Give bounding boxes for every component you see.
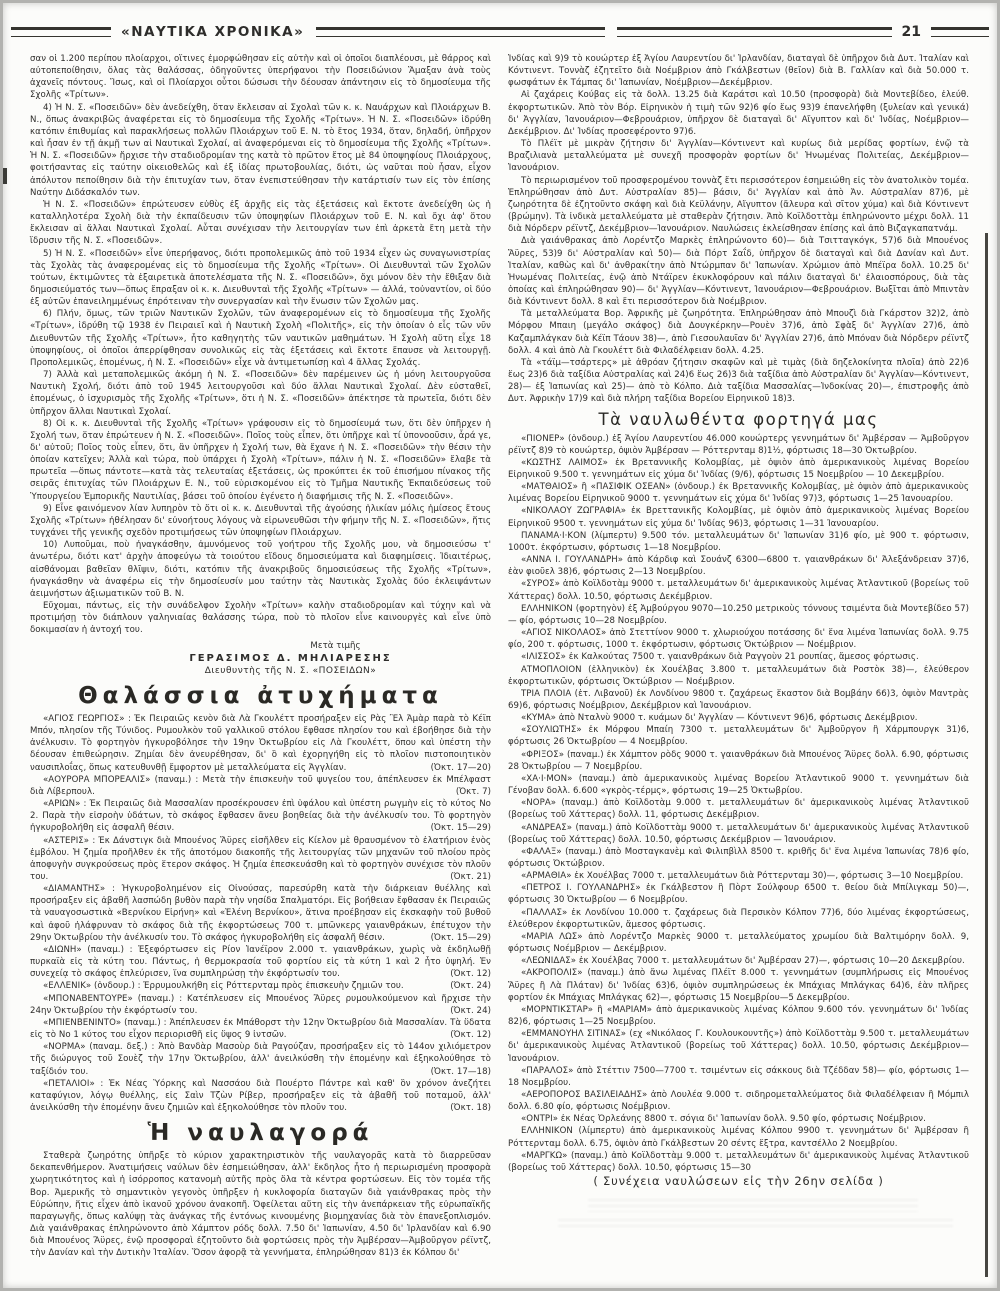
masthead: «ΝΑΥΤΙΚΑ ΧΡΟΝΙΚΑ» 21 [11,21,989,43]
freight-paragraph: Ἰνδίας καὶ 9)9 τὸ κουώρτερ ἐξ Ἁγίου Λαυρ… [508,53,969,89]
article-paragraph: Ἡ Ν. Σ. «Ποσειδῶν» ἐπρώτευσεν εὐθὺς ἐξ ἀ… [30,199,491,248]
bleedthrough-smudge [588,1199,918,1212]
article-paragraph: 4) Ἡ Ν. Σ. «Ποσειδῶν» δὲν ἀνεδείχθη, ὅτα… [30,102,491,199]
charter-entry-text: ΤΡΙΑ ΠΛΟΙΑ (ἑτ. Λιβανοῦ) ἐκ Λονδίνου 980… [508,689,969,711]
charter-entry: «ΝΙΚΟΛΑΟΥ ΖΩΓΡΑΦΙΑ» ἐκ Βρεττανικῆς Κολομ… [508,505,969,529]
paragraph-text: Σταθερὰ ζωηρότης ὑπῆρξε τὸ κύριον χαρακτ… [30,1151,491,1258]
charter-entry: «ΑΓΙΟΣ ΝΙΚΟΛΑΟΣ» ἀπὸ Στεττίνον 9000 τ. χ… [508,627,969,651]
charter-entry: «ΟΝΤΡΙ» ἐκ Νέας Ὀρλεάνης 8800 τ. σόγια δ… [508,1113,969,1125]
freight-paragraph: Διὰ γαιάνθρακας ἀπὸ Λορέντζο Μαρκὲς ἐπλη… [508,235,969,308]
charter-entry: «ΠΕΤΡΟΣ Ι. ΓΟΥΛΑΝΔΡΗΣ» ἐκ Γκάλβεστον ἢ Π… [508,882,969,906]
accident-entry-date: (Ὀκτ. 15—29) [408,932,491,944]
accident-entry-text: «ΑΟΥΡΟΡΑ ΜΠΟΡΕΑΛΙΣ» (παναμ.) : Μετὰ τὴν … [30,775,491,797]
paragraph-text: 6) Πλήν, ὅμως, τῶν τριῶν Ναυτικῶν Σχολῶν… [30,309,491,368]
charter-entry: «ΜΑΡΓΚΩ» (παναμ.) ἀπὸ Κοϊλδοττὰμ 9.000 τ… [508,1150,969,1174]
freight-paragraph: Τὸ περιωρισμένον τοῦ προσφερομένου τοννὰ… [508,175,969,236]
charter-entry-text: «ΦΑΛΑΞ» (παναμ.) ἀπὸ Μοσταγκανὲμ καὶ Φιλ… [508,847,969,869]
paragraph-text: 5) Ἡ Ν. Σ. «Ποσειδῶν» εἶνε ὑπερήφανος, δ… [30,249,491,308]
accident-entry: «ΔΙΑΜΑΝΤΗΣ» : Ἠγκυροβολημένον εἰς Οἰνούσ… [30,883,491,944]
accidents-list: «ΑΓΙΟΣ ΓΕΩΡΓΙΟΣ» : Ἐκ Πειραιῶς κενὸν διὰ… [30,713,491,1114]
accident-entry-text: «ΠΕΤΑΛΙΟΙ» : Ἐκ Νέας Ὑόρκης καὶ Νασσάου … [30,1079,491,1113]
freight-paragraph: Τὰ «τάϊμ—τσάρτερς» μὲ ἀθρόαν ζήτησιν σκα… [508,357,969,406]
charter-entry-text: «ΝΙΚΟΛΑΟΥ ΖΩΓΡΑΦΙΑ» ἐκ Βρεττανικῆς Κολομ… [508,506,969,528]
charter-entry: «ΑΚΡΟΠΟΛΙΣ» (παναμ.) ἀπὸ ἄνω λιμένας Πλέ… [508,967,969,1003]
charter-entry-text: «ΛΕΩΝΙΔΑΣ» ἐκ Χουέλβας 7000 τ. μεταλλευμ… [521,956,965,966]
accident-entry-date: (Ὀκτ. 17—20) [408,762,491,774]
page-columns: σαν οἱ 1.200 περίπου πλοίαρχοι, οἵτινες … [30,53,970,1260]
charter-entry: «ΠΑΡΑΛΟΣ» ἀπὸ Στέττιν 7500—7700 τ. τσιμέ… [508,1065,969,1089]
charter-entry: ΕΛΛΗΝΙΚΟΝ (φορτηγὸν) ἐξ Ἀμβούργου 9070—1… [508,603,969,627]
charter-entry-text: «ΠΙΟΝΕΡ» (ὁνδουρ.) ἐξ Ἁγίου Λαυρεντίου 4… [508,434,969,456]
charter-entry-text: ΕΛΛΗΝΙΚΟΝ (λίμπερτυ) ἀπὸ ἀμερικανικοὺς λ… [508,1126,969,1148]
right-column: Ἰνδίας καὶ 9)9 τὸ κουώρτερ ἐξ Ἁγίου Λαυρ… [508,53,969,1260]
article-paragraph: σαν οἱ 1.200 περίπου πλοίαρχοι, οἵτινες … [30,53,491,102]
accident-entry: «ΑΣΤΕΡΙΣ» : Ἐκ Δάνστιγκ διὰ Μπουένος Ἄϋρ… [30,835,491,884]
magazine-title: «ΝΑΥΤΙΚΑ ΧΡΟΝΙΚΑ» [121,24,304,40]
accident-entry-date: (Ὀκτ. 24) [427,1005,491,1017]
charter-entry-text: «ΚΥΜΑ» ἀπὸ Νταλνὺ 9000 τ. κυάμων δι' Ἀγγ… [521,713,918,723]
signature-title: Διευθυντὴς τῆς Ν. Σ. «ΠΟΣΕΙΔΩΝ» [30,665,491,677]
charter-entry-text: «ΜΑΡΙΑ ΛΩΣ» ἀπὸ Λορέντζο Μαρκὲς 9000 τ. … [508,932,969,954]
bleedthrough-smudge [558,1219,953,1230]
paragraph-text: Τὰ «τάϊμ—τσάρτερς» μὲ ἀθρόαν ζήτησιν σκα… [508,358,969,404]
charter-entry-text: «ΜΑΤΘΑΙΟΣ» ἢ «ΠΑΣΙΦΙΚ ΟΣΕΑΝ» (ὁνδουρ.) ἐ… [508,482,969,504]
charter-entry-text: «ΧΑ·Ι·ΜΟΝ» (παναμ.) ἀπὸ ἀμερικανικοὺς λι… [508,774,969,796]
charter-entry: ΕΛΛΗΝΙΚΟΝ (λίμπερτυ) ἀπὸ ἀμερικανικοὺς λ… [508,1125,969,1149]
accident-entry-date: (Ὀκτ. 12) [427,968,491,980]
masthead-rule-center [316,27,604,37]
masthead-rule-right [931,27,989,37]
charter-entry: ΑΤΜΟΠΛΟΙΟΝ (ἑλληνικὸν) ἐκ Χουέλβας 3.800… [508,664,969,688]
charter-entry-text: «ΑΡΜΑΘΙΑ» ἐκ Χουέλβας 7000 τ. μεταλλευμά… [521,871,963,881]
freight-paragraph: Τὰ μεταλλεύματα Βορ. Ἀφρικῆς μὲ ζωηρότητ… [508,308,969,357]
charter-entry-text: «ΙΛΙΣΣΟΣ» ἐκ Καλκούτας 7500 τ. γαιανθράκ… [521,652,919,662]
left-column: σαν οἱ 1.200 περίπου πλοίαρχοι, οἵτινες … [30,53,491,1260]
accident-entry-date: (Ὀκτ. 17—18) [408,1066,491,1078]
freight-market-heading: Ἡ ναυλαγορά [30,1120,491,1146]
paragraph-text: σαν οἱ 1.200 περίπου πλοίαρχοι, οἵτινες … [30,54,491,100]
accident-entry-date: (Ὀκτ. 7) [433,786,491,798]
accident-entry-text: «ΑΣΤΕΡΙΣ» : Ἐκ Δάνστιγκ διὰ Μπουένος Ἄϋρ… [30,836,491,882]
charter-entry-text: «ΝΟΡΑ» (παναμ.) ἀπὸ Κοϊλδοτὰμ 9.000 τ. μ… [508,798,969,820]
scanned-page: «ΝΑΥΤΙΚΑ ΧΡΟΝΙΚΑ» 21 σαν οἱ 1.200 περίπο… [3,3,997,1288]
paragraph-text: Ἡ Ν. Σ. «Ποσειδῶν» ἐπρώτευσεν εὐθὺς ἐξ ἀ… [30,200,491,246]
freight-paragraph: Σταθερὰ ζωηρότης ὑπῆρξε τὸ κύριον χαρακτ… [30,1150,491,1259]
charter-entry-text: «ΑΝΔΡΕΑΣ» (παναμ.) ἀπὸ Κοϊλδοττὰμ 9000 τ… [508,823,969,845]
charter-entry-text: ΑΤΜΟΠΛΟΙΟΝ (ἑλληνικὸν) ἐκ Χουέλβας 3.800… [508,665,969,687]
charters-section-heading: Τὰ ναυλωθέντα φορτηγά μας [508,410,969,430]
charter-entry-text: «ΕΜΜΑΝΟΥΗΛ ΣΙΤΙΝΑΣ» (εχ «Νικόλαος Γ. Κου… [508,1029,969,1063]
charter-entry: «ΠΙΟΝΕΡ» (ὁνδουρ.) ἐξ Ἁγίου Λαυρεντίου 4… [508,433,969,457]
accident-entry-date: (Ὀκτ. 12) [427,1029,491,1041]
charter-entry: «ΧΑ·Ι·ΜΟΝ» (παναμ.) ἀπὸ ἀμερικανικοὺς λι… [508,773,969,797]
charter-entry: «ΣΟΥΛΙΩΤΗΣ» ἐκ Μόρφου Μπαίη 7300 τ. μετα… [508,724,969,748]
charter-entry-text: ΕΛΛΗΝΙΚΟΝ (φορτηγὸν) ἐξ Ἀμβούργου 9070—1… [508,604,969,626]
article-paragraph: 8) Οἱ κ. κ. Διευθυνταὶ τῆς Σχολῆς «Τρίτω… [30,418,491,503]
masthead-rule-center-2 [617,27,892,37]
charter-entry: «ΜΟΡΝΤΙΚΣΤΑΡ» ἢ «ΜΑΡΙΑΜ» ἀπὸ ἀμερικανικο… [508,1004,969,1028]
accident-entry-date: (Ὀκτ. 18) [427,1102,491,1114]
charter-entry: «ΜΑΤΘΑΙΟΣ» ἢ «ΠΑΣΙΦΙΚ ΟΣΕΑΝ» (ὁνδουρ.) ἐ… [508,481,969,505]
accident-entry: «ΜΠΙΕΝΒΕΝΙΝΤΟ» (παναμ.) : Ἀπέπλευσεν ἐκ … [30,1017,491,1041]
accident-entry-date: (Ὀκτ. 24) [427,980,491,992]
paragraph-text: 4) Ἡ Ν. Σ. «Ποσειδῶν» δὲν ἀνεδείχθη, ὅτα… [30,103,491,198]
charter-entry-text: «ΜΑΡΓΚΩ» (παναμ.) ἀπὸ Κοϊλδοττὰμ 9.000 τ… [508,1151,969,1173]
paragraph-text: Τὸ Πλέϊτ μὲ μικρὰν ζήτησιν δι' Ἀγγλίαν—Κ… [508,139,969,173]
scan-edge-line [985,233,988,1277]
page-number: 21 [902,24,921,40]
freight-paragraph: Τὸ Πλέϊτ μὲ μικρὰν ζήτησιν δι' Ἀγγλίαν—Κ… [508,138,969,174]
charter-entry: «ΛΕΩΝΙΔΑΣ» ἐκ Χουέλβας 7000 τ. μεταλλευμ… [508,955,969,967]
charter-entry: «ΑΝΝΑ Ι. ΓΟΥΛΑΝΔΡΗ» ἀπὸ Κάρδιφ καὶ Σουάν… [508,554,969,578]
scan-mark [3,168,7,184]
charter-entry-text: «ΑΓΙΟΣ ΝΙΚΟΛΑΟΣ» ἀπὸ Στεττίνον 9000 τ. χ… [508,628,969,650]
charter-entry-text: «ΦΡΙΞΟΣ» (παναμ.) ἐκ Χάμπτον ρὸδς 9000 τ… [508,750,969,772]
accidents-section-heading: Θαλάσσια ἀτυχήματα [30,683,491,709]
charter-entry: ΤΡΙΑ ΠΛΟΙΑ (ἑτ. Λιβανοῦ) ἐκ Λονδίνου 980… [508,688,969,712]
accident-entry: «ΕΛΛΕΝΙΚ» (ὁνδουρ.) : Ἐρρυμουλκήθη εἰς Ρ… [30,980,491,992]
article-paragraph: 10) Λυποῦμαι, ποὺ ἠναγκάσθην, ἀμυνόμενος… [30,539,491,600]
charter-entry-text: «ΣΥΡΟΣ» ἀπὸ Κοϊλδοτὰμ 9000 τ. μεταλλευμά… [508,579,969,601]
charter-entry: «ΑΝΔΡΕΑΣ» (παναμ.) ἀπὸ Κοϊλδοττὰμ 9000 τ… [508,822,969,846]
charter-entry: «ΙΛΙΣΣΟΣ» ἐκ Καλκούτας 7500 τ. γαιανθράκ… [508,651,969,663]
charter-entry-text: «ΟΝΤΡΙ» ἐκ Νέας Ὀρλεάνης 8800 τ. σόγια δ… [521,1114,926,1124]
article-paragraph: Εὔχομαι, πάντως, εἰς τὴν συνάδελφον Σχολ… [30,600,491,636]
charter-entry: «ΦΑΛΑΞ» (παναμ.) ἀπὸ Μοσταγκανὲμ καὶ Φιλ… [508,846,969,870]
charter-entry-text: «ΑΝΝΑ Ι. ΓΟΥΛΑΝΔΡΗ» ἀπὸ Κάρδιφ καὶ Σουάν… [508,555,969,577]
paragraph-text: Εὔχομαι, πάντως, εἰς τὴν συνάδελφον Σχολ… [30,601,491,635]
charter-entry: «ΠΑΛΛΑΣ» ἐκ Λονδίνου 10.000 τ. ζαχάρεως … [508,907,969,931]
charter-entry-text: «ΣΟΥΛΙΩΤΗΣ» ἐκ Μόρφου Μπαίη 7300 τ. μετα… [508,725,969,747]
charter-entry-text: «ΑΕΡΟΠΟΡΟΣ ΒΑΣΙΛΕΙΑΔΗΣ» ἀπὸ Λουλέα 9.000… [508,1090,969,1112]
article-paragraph: 6) Πλήν, ὅμως, τῶν τριῶν Ναυτικῶν Σχολῶν… [30,308,491,369]
paragraph-text: 8) Οἱ κ. κ. Διευθυνταὶ τῆς Σχολῆς «Τρίτω… [30,419,491,502]
paragraph-text: 10) Λυποῦμαι, ποὺ ἠναγκάσθην, ἀμυνόμενος… [30,540,491,599]
accident-entry-text: «ΔΙΩΝΗ» (παναμ.) : Ἐξεφόρτωσεν εἰς Ρίον … [30,945,491,979]
signature-block: Μετὰ τιμῆς ΓΕΡΑΣΙΜΟΣ Δ. ΜΗΛΙΑΡΕΣΗΣ Διευθ… [30,640,491,677]
accident-entry: «ΔΙΩΝΗ» (παναμ.) : Ἐξεφόρτωσεν εἰς Ρίον … [30,944,491,980]
charter-entry: «ΑΡΜΑΘΙΑ» ἐκ Χουέλβας 7000 τ. μεταλλευμά… [508,870,969,882]
charter-entry: «ΚΥΜΑ» ἀπὸ Νταλνὺ 9000 τ. κυάμων δι' Ἀγγ… [508,712,969,724]
accident-entry-text: «ΕΛΛΕΝΙΚ» (ὁνδουρ.) : Ἐρρυμουλκήθη εἰς Ρ… [43,981,404,991]
charter-entry-text: «ΑΚΡΟΠΟΛΙΣ» (παναμ.) ἀπὸ ἄνω λιμένας Πλέ… [508,968,969,1002]
accident-entry-text: «ΜΠΟΝΑΒΕΝΤΟΥΡΕ» (παναμ.) : Κατέπλευσεν ε… [30,994,491,1016]
accident-entry: «ΑΡΙΩΝ» : Ἐκ Πειραιῶς διὰ Μασσαλίαν προσ… [30,798,491,834]
paragraph-text: Τὰ μεταλλεύματα Βορ. Ἀφρικῆς μὲ ζωηρότητ… [508,309,969,355]
accident-entry: «ΠΕΤΑΛΙΟΙ» : Ἐκ Νέας Ὑόρκης καὶ Νασσάου … [30,1078,491,1114]
article-paragraph: 5) Ἡ Ν. Σ. «Ποσειδῶν» εἶνε ὑπερήφανος, δ… [30,248,491,309]
freight-market-continued: Ἰνδίας καὶ 9)9 τὸ κουώρτερ ἐξ Ἁγίου Λαυρ… [508,53,969,406]
accident-entry-text: «ΜΠΙΕΝΒΕΝΙΝΤΟ» (παναμ.) : Ἀπέπλευσεν ἐκ … [30,1018,491,1040]
freight-paragraph: Αἱ ζαχάρεις Κούβας εἰς τὰ δολλ. 13.25 δι… [508,89,969,138]
paragraph-text: Ἰνδίας καὶ 9)9 τὸ κουώρτερ ἐξ Ἁγίου Λαυρ… [508,54,969,88]
paragraph-text: Αἱ ζαχάρεις Κούβας εἰς τὰ δολλ. 13.25 δι… [508,90,969,136]
charters-list: «ΠΙΟΝΕΡ» (ὁνδουρ.) ἐξ Ἁγίου Λαυρεντίου 4… [508,433,969,1175]
article-paragraph: 7) Ἀλλὰ καὶ μεταπολεμικῶς ἀκόμη ἡ Ν. Σ. … [30,369,491,418]
article-paragraph: 9) Εἶνε φαινόμενον λίαν λυπηρὸν τὸ ὅτι ο… [30,503,491,539]
charter-entry: «ΦΡΙΞΟΣ» (παναμ.) ἐκ Χάμπτον ρὸδς 9000 τ… [508,749,969,773]
charter-entry-text: «ΠΕΤΡΟΣ Ι. ΓΟΥΛΑΝΔΡΗΣ» ἐκ Γκάλβεστον ἢ Π… [508,883,969,905]
charter-entry: ΠΑΝΑΜΑ·Ι·ΚΟΝ (λίμπερτυ) 9.500 τόν. μεταλ… [508,530,969,554]
charter-entry: «ΜΑΡΙΑ ΛΩΣ» ἀπὸ Λορέντζο Μαρκὲς 9000 τ. … [508,931,969,955]
accident-entry: «ΑΓΙΟΣ ΓΕΩΡΓΙΟΣ» : Ἐκ Πειραιῶς κενὸν διὰ… [30,713,491,774]
masthead-rule-left [11,27,111,37]
signature-salutation: Μετὰ τιμῆς [30,640,491,652]
charter-entry-text: ΠΑΝΑΜΑ·Ι·ΚΟΝ (λίμπερτυ) 9.500 τόν. μεταλ… [508,531,969,553]
charter-entry: «ΕΜΜΑΝΟΥΗΛ ΣΙΤΙΝΑΣ» (εχ «Νικόλαος Γ. Κου… [508,1028,969,1064]
paragraph-text: 7) Ἀλλὰ καὶ μεταπολεμικῶς ἀκόμη ἡ Ν. Σ. … [30,370,491,416]
charter-entry-text: «ΜΟΡΝΤΙΚΣΤΑΡ» ἢ «ΜΑΡΙΑΜ» ἀπὸ ἀμερικανικο… [508,1005,969,1027]
accident-entry-date: (Ὀκτ. 21) [427,871,491,883]
charter-entry-text: «ΠΑΡΑΛΟΣ» ἀπὸ Στέττιν 7500—7700 τ. τσιμέ… [508,1066,969,1088]
freight-market-body: Σταθερὰ ζωηρότης ὑπῆρξε τὸ κύριον χαρακτ… [30,1150,491,1259]
charter-entry: «ΝΟΡΑ» (παναμ.) ἀπὸ Κοϊλδοτὰμ 9.000 τ. μ… [508,797,969,821]
article-body: σαν οἱ 1.200 περίπου πλοίαρχοι, οἵτινες … [30,53,491,637]
charter-entry: «ΣΥΡΟΣ» ἀπὸ Κοϊλδοτὰμ 9000 τ. μεταλλευμά… [508,578,969,602]
paragraph-text: Διὰ γαιάνθρακας ἀπὸ Λορέντζο Μαρκὲς ἐπλη… [508,236,969,307]
accident-entry: «ΝΟΡΜΑ» (παναμ. δεξ.) : Ἀπὸ Βανδὰρ Μασοὺ… [30,1041,491,1077]
paragraph-text: 9) Εἶνε φαινόμενον λίαν λυπηρὸν τὸ ὅτι ο… [30,504,491,538]
charter-entry-text: «ΠΑΛΛΑΣ» ἐκ Λονδίνου 10.000 τ. ζαχάρεως … [508,908,969,930]
signature-name: ΓΕΡΑΣΙΜΟΣ Δ. ΜΗΛΙΑΡΕΣΗΣ [30,653,491,665]
continuation-note: ( Συνέχεια ναυλώσεων εἰς τὴν 26ην σελίδα… [508,1175,969,1187]
accident-entry: «ΑΟΥΡΟΡΑ ΜΠΟΡΕΑΛΙΣ» (παναμ.) : Μετὰ τὴν … [30,774,491,798]
accident-entry: «ΜΠΟΝΑΒΕΝΤΟΥΡΕ» (παναμ.) : Κατέπλευσεν ε… [30,993,491,1017]
charter-entry-text: «ΚΩΣΤΗΣ ΛΑΙΜΟΣ» ἐκ Βρεταννικῆς Κολομβίας… [508,458,969,480]
paragraph-text: Τὸ περιωρισμένον τοῦ προσφερομένου τοννὰ… [508,176,969,235]
charter-entry: «ΚΩΣΤΗΣ ΛΑΙΜΟΣ» ἐκ Βρεταννικῆς Κολομβίας… [508,457,969,481]
accident-entry-date: (Ὀκτ. 15—29) [408,822,491,834]
charter-entry: «ΑΕΡΟΠΟΡΟΣ ΒΑΣΙΛΕΙΑΔΗΣ» ἀπὸ Λουλέα 9.000… [508,1089,969,1113]
